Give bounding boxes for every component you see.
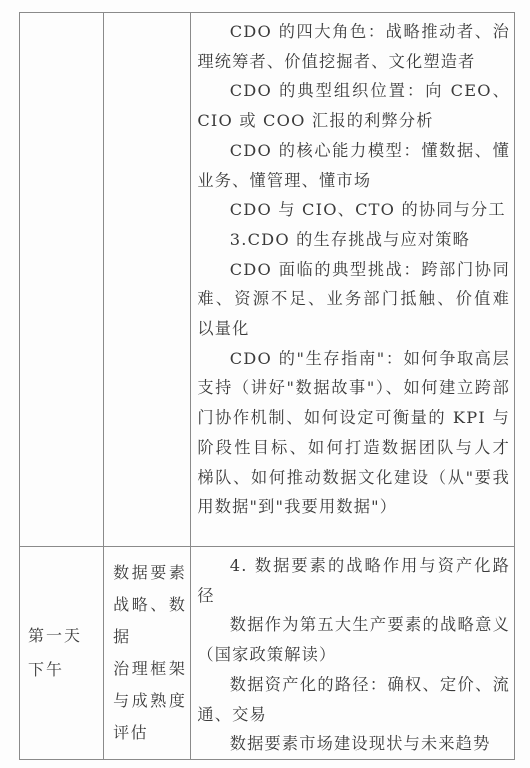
section-heading: 3.CDO 的生存挑战与应对策略 <box>197 225 510 255</box>
schedule-table: CDO 的四大角色：战略推动者、治理统筹者、价值挖掘者、文化塑造者 CDO 的典… <box>19 12 515 760</box>
content-paragraph: 数据资产化的路径：确权、定价、流通、交易 <box>197 670 510 729</box>
table-row: 第一天 下午 数据要素 战略、数据 治理框架 与成熟度 评估 4. 数据要素的战… <box>20 547 515 760</box>
topic-cell: 数据要素 战略、数据 治理框架 与成熟度 评估 <box>104 547 191 760</box>
content-paragraph: CDO 的核心能力模型：懂数据、懂业务、懂管理、懂市场 <box>197 136 510 195</box>
time-label: 下午 <box>28 653 103 687</box>
content-paragraph: CDO 的典型组织位置：向 CEO、CIO 或 COO 汇报的利弊分析 <box>197 76 510 135</box>
time-label: 第一天 <box>28 619 103 653</box>
time-cell <box>20 13 104 547</box>
content-paragraph: 数据作为第五大生产要素的战略意义（国家政策解读） <box>197 610 510 669</box>
topic-label: 与成熟度 <box>113 685 186 717</box>
topic-cell <box>104 13 191 547</box>
content-paragraph: CDO 的"生存指南"：如何争取高层支持（讲好"数据故事"）、如何建立跨部门协作… <box>197 344 510 522</box>
section-heading: 4. 数据要素的战略作用与资产化路径 <box>197 551 510 610</box>
time-cell: 第一天 下午 <box>20 547 104 760</box>
table-row: CDO 的四大角色：战略推动者、治理统筹者、价值挖掘者、文化塑造者 CDO 的典… <box>20 13 515 547</box>
content-paragraph: 数据要素市场建设现状与未来趋势 <box>197 729 510 759</box>
content-cell: 4. 数据要素的战略作用与资产化路径 数据作为第五大生产要素的战略意义（国家政策… <box>191 547 515 760</box>
topic-label: 评估 <box>113 717 186 749</box>
content-cell: CDO 的四大角色：战略推动者、治理统筹者、价值挖掘者、文化塑造者 CDO 的典… <box>191 13 515 547</box>
content-paragraph: CDO 的四大角色：战略推动者、治理统筹者、价值挖掘者、文化塑造者 <box>197 17 510 76</box>
content-paragraph: CDO 面临的典型挑战：跨部门协同难、资源不足、业务部门抵触、价值难以量化 <box>197 255 510 344</box>
topic-label: 数据要素 <box>113 557 186 589</box>
topic-label: 治理框架 <box>113 653 186 685</box>
content-paragraph: CDO 与 CIO、CTO 的协同与分工 <box>197 195 510 225</box>
topic-label: 战略、数据 <box>113 589 186 653</box>
